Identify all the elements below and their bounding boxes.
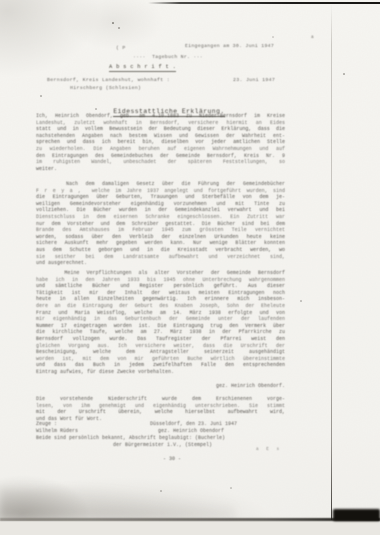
text-line: statt und in vollem Bewusstsein der Bede… xyxy=(36,126,285,133)
text-line: sie seither bei dem Landratsamte aufbewa… xyxy=(36,254,285,261)
page-fold-vertical-line xyxy=(331,4,332,520)
text-line: dere an die Eintragung der Geburt des Kn… xyxy=(36,303,285,310)
text-line: den Eintragungen des Gemeindebuches der … xyxy=(36,153,285,160)
witness-name: Wilhelm Rüders xyxy=(36,428,78,434)
scan-shadow-bottom-left xyxy=(0,488,235,518)
header-date: 23. Juni 1947 xyxy=(233,78,275,83)
text-line: weiter. xyxy=(36,166,285,173)
scan-margin-below-page xyxy=(0,521,380,535)
text-line: mit der Urschrift überein, welche hierse… xyxy=(36,409,285,416)
text-line: sprechen und dass ich bereit bin, diesel… xyxy=(36,139,285,146)
text-line: Bescheinigung, welche dem Antragsteller … xyxy=(36,349,285,356)
received-stamp-line: Eingegangen am 30. Juni 1947 xyxy=(185,44,274,49)
text-line: aus dem Schutte geborgen und in die Krei… xyxy=(36,247,285,254)
text-line: lesen, von ihm genehmigt und eigenhändig… xyxy=(36,403,285,410)
paragraph-3: Meine Verpflichtungen als alter Vorstehe… xyxy=(36,270,285,376)
text-line: worden ist, mit dem von mir geführten Bu… xyxy=(36,356,285,363)
text-line: habe ich in den Jahren 1933 bis 1945 ohn… xyxy=(36,277,285,284)
text-line: nachstehenden Angaben nach bestem Wissen… xyxy=(36,133,285,140)
signature-place-date: Düsseldorf, den 23. Juni 1947 xyxy=(150,421,237,427)
text-line: mir eigenhändig in das Geburtenbuch der … xyxy=(36,316,285,323)
text-line: die Eintragungen über Geburten, Trauunge… xyxy=(36,194,285,201)
certification-line: Beide sind persönlich bekannt, Abschrift… xyxy=(36,435,225,441)
text-line: Brande des Amtshauses im Februar 1945 zu… xyxy=(36,227,285,234)
text-line: zu wiederholen. Die Angaben beruhen auf … xyxy=(36,146,285,153)
place-reference-line-2: Hirschberg (Schlesien) xyxy=(70,86,141,91)
declarant-signature-line: gez. Heinrich Obendorf. xyxy=(36,383,285,389)
corner-registry-mark: ( P xyxy=(116,46,126,51)
text-line: Eintrag aufwies, für diese Zwecke vorbeh… xyxy=(36,369,285,376)
text-line: und ausgerechnet. xyxy=(36,260,285,267)
place-reference-line: Bernsdorf, Kreis Landeshut, wohnhaft : xyxy=(47,78,170,83)
paragraph-1: Ich, Heinrich Obendorf, geb. am 4.10.188… xyxy=(36,113,285,172)
text-line: im ruhigsten Wandel, unbeschadet der spä… xyxy=(36,159,285,166)
text-line: Landeshut, zuletzt wohnhaft in Bernsdorf… xyxy=(36,120,285,127)
paragraph-4-certification: Die vorstehende Niederschrift wurde dem … xyxy=(36,396,285,422)
text-line: vollziehen. Die Bücher wurden in der Gem… xyxy=(36,207,285,214)
text-line: Nummer 17 eingetragen worden ist. Die Ei… xyxy=(36,323,285,330)
scan-edge-bottom-right-blob xyxy=(333,509,380,521)
text-line: Meine Verpflichtungen als alter Vorstehe… xyxy=(36,270,285,277)
journal-number-line: ···· Tagebuch Nr. ··· xyxy=(133,55,203,60)
signed-name: gez. Heinrich Obendorf xyxy=(158,428,224,434)
text-line: sichere Auskunft mehr gegeben werden kan… xyxy=(36,240,285,247)
text-line: F r e y a , welche im Jahre 1937 angeleg… xyxy=(36,188,285,195)
text-line: Ich, Heinrich Obendorf, geb. am 4.10.188… xyxy=(36,113,285,120)
page-number: - 30 - xyxy=(150,456,194,462)
text-line: und dass das Buch in jedem zweifelhaften… xyxy=(36,362,285,369)
text-line: Nach dem damaligen Gesetz über die Führu… xyxy=(36,181,285,188)
text-line: heute in allen Einzelheiten gegenwärtig.… xyxy=(36,296,285,303)
text-line: Dienstschluss in dem eisernen Schranke e… xyxy=(36,214,285,221)
text-line: Die vorstehende Niederschrift wurde dem … xyxy=(36,396,285,403)
text-line: weiligen Gemeindevorsteher eigenhändig v… xyxy=(36,201,285,208)
official-title-line: der Bürgermeister i.V., (Stempel) xyxy=(113,442,212,448)
text-line: worden, sodass über den Verbleib der ein… xyxy=(36,234,285,241)
margin-side-marks: a E s xyxy=(256,447,282,452)
text-line: nur dem Vorsteher und dem Schreiber gest… xyxy=(36,221,285,228)
text-line: und sämtliche Bücher und Register persön… xyxy=(36,283,285,290)
text-line: die kirchliche Taufe, welche am 27. März… xyxy=(36,329,285,336)
text-line: Franz und Maria Weissflog, welche am 14.… xyxy=(36,310,285,317)
text-line: Tätigkeit ist mir der Inhalt der weitaus… xyxy=(36,290,285,297)
scan-dust-specks xyxy=(112,22,114,24)
scanned-document-page: ( P Eingegangen am 30. Juni 1947 a ···· … xyxy=(0,0,380,535)
text-line: gleichen Vorgang aus. Ich versichere wei… xyxy=(36,343,285,350)
witness-label: Zeuge : xyxy=(36,421,57,427)
copy-heading-abschrift: A b s c h r i f t . xyxy=(109,64,176,72)
typewritten-content: ( P Eingegangen am 30. Juni 1947 a ···· … xyxy=(0,0,380,535)
scan-edge-top-line xyxy=(148,2,380,4)
scan-edge-bottom-line xyxy=(0,518,380,521)
paragraph-2: Nach dem damaligen Gesetz über die Führu… xyxy=(36,181,285,267)
text-line: Bernsdorf vollzogen wurde. Das Taufregis… xyxy=(36,336,285,343)
margin-annotation-mark: a xyxy=(311,35,314,40)
